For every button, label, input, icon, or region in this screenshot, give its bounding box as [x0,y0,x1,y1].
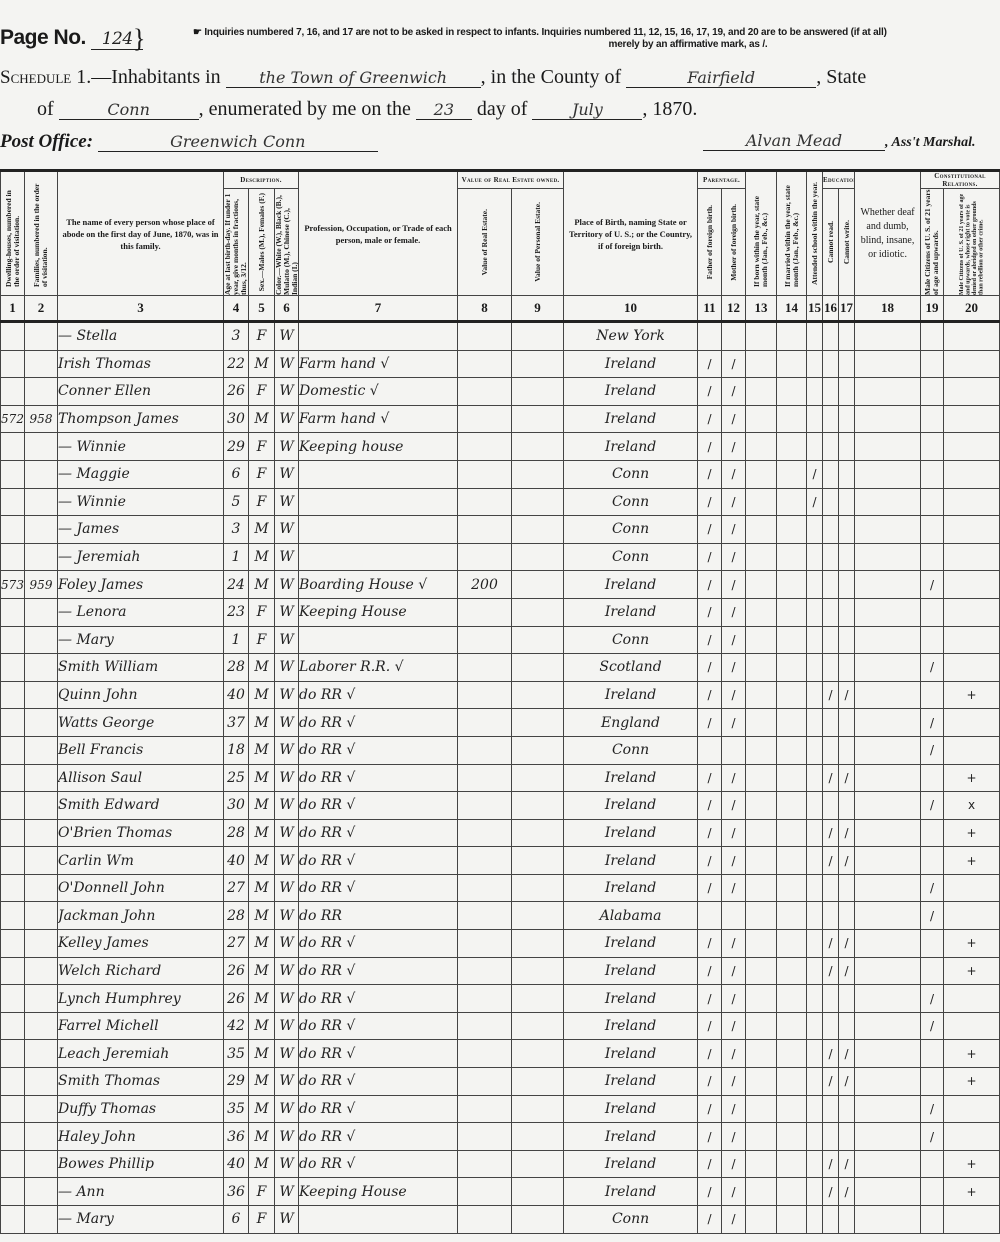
person-name-cell: Smith Edward [58,792,224,820]
cannot-read-mark-cell [823,1095,839,1123]
personal-estate-value-cell [512,571,564,599]
col-header-birthplace: Place of Birth, naming State or Territor… [564,171,698,296]
born-within-year-cell [746,1178,777,1206]
personal-estate-value-cell [512,902,564,930]
born-within-year-cell [746,571,777,599]
personal-estate-value-cell [512,433,564,461]
table-row: Smith Edward30MWdo RR √Ireland///x [1,792,1000,820]
male-citizen-mark-cell [921,543,944,571]
cannot-write-mark-cell: / [839,1040,855,1068]
table-row: O'Brien Thomas28MWdo RR √Ireland////+ [1,819,1000,847]
enumerated-text: , enumerated by me on the [199,98,411,120]
family-number-cell [25,1040,58,1068]
col-header-personal-estate: Value of Personal Estate. [512,189,564,296]
table-row: — Ann36FWKeeping HouseIreland////+ [1,1178,1000,1206]
mother-foreign-mark-cell: / [722,598,746,626]
personal-estate-value-cell [512,957,564,985]
father-foreign-mark-cell: / [698,1150,722,1178]
personal-estate-value-cell [512,1012,564,1040]
table-row: — Lenora23FWKeeping HouseIreland// [1,598,1000,626]
born-within-year-cell [746,1150,777,1178]
personal-estate-value-cell [512,819,564,847]
father-foreign-mark-cell: / [698,405,722,433]
cannot-read-mark-cell: / [823,847,839,875]
table-row: — Jeremiah1MWConn// [1,543,1000,571]
born-within-year-cell [746,460,777,488]
occupation-cell: do RR √ [299,1095,458,1123]
disability-cell [855,1150,921,1178]
family-number-cell [25,709,58,737]
cannot-read-mark-cell [823,405,839,433]
father-foreign-mark-cell: / [698,654,722,682]
father-foreign-mark-cell: / [698,1095,722,1123]
person-name-cell: Farrel Michell [58,1012,224,1040]
family-number-cell [25,1206,58,1234]
table-row: 573959Foley James24MWBoarding House √200… [1,571,1000,599]
table-row: — Mary1FWConn// [1,626,1000,654]
color-cell: W [275,874,299,902]
day-of-text: day of [477,98,528,120]
table-row: — James3MWConn// [1,516,1000,544]
color-cell: W [275,819,299,847]
male-citizen-mark-cell: / [921,874,944,902]
real-estate-value-cell [458,957,512,985]
married-within-year-cell [777,433,807,461]
dwelling-number-cell [1,1123,25,1151]
birthplace-cell: Conn [564,626,698,654]
dwelling-number-cell [1,1095,25,1123]
color-cell: W [275,488,299,516]
age-cell: 28 [224,819,249,847]
occupation-cell: do RR √ [299,874,458,902]
cannot-read-mark-cell: / [823,681,839,709]
born-within-year-cell [746,654,777,682]
table-row: Carlin Wm40MWdo RR √Ireland////+ [1,847,1000,875]
table-row: 572958Thompson James30MWFarm hand √Irela… [1,405,1000,433]
cannot-read-mark-cell [823,902,839,930]
disability-cell [855,819,921,847]
cannot-write-mark-cell [839,709,855,737]
color-cell: W [275,516,299,544]
age-cell: 3 [224,322,249,351]
dwelling-number-cell [1,874,25,902]
cannot-read-mark-cell [823,626,839,654]
table-row: Bell Francis18MWdo RR √Conn/ [1,736,1000,764]
mother-foreign-mark-cell: / [722,874,746,902]
mother-foreign-mark-cell: / [722,571,746,599]
born-within-year-cell [746,1040,777,1068]
occupation-cell: do RR √ [299,1012,458,1040]
born-within-year-cell [746,902,777,930]
cannot-write-mark-cell [839,792,855,820]
married-within-year-cell [777,571,807,599]
color-cell: W [275,1040,299,1068]
disability-cell [855,985,921,1013]
col-header-cannot-write: Cannot write. [839,189,855,296]
personal-estate-value-cell [512,1068,564,1096]
col-number: 7 [299,296,458,322]
cannot-read-mark-cell [823,433,839,461]
table-row: — Maggie6FWConn/// [1,460,1000,488]
sex-cell: M [249,847,275,875]
cannot-write-mark-cell [839,433,855,461]
personal-estate-value-cell [512,1123,564,1151]
vote-denied-mark-cell: + [944,681,1000,709]
vote-denied-mark-cell [944,902,1000,930]
person-name-cell: Welch Richard [58,957,224,985]
age-cell: 35 [224,1040,249,1068]
male-citizen-mark-cell: / [921,1012,944,1040]
vote-denied-mark-cell: + [944,847,1000,875]
family-number-cell [25,1095,58,1123]
cannot-write-mark-cell: / [839,764,855,792]
attended-school-mark-cell [807,681,823,709]
married-within-year-cell [777,516,807,544]
father-foreign-mark-cell: / [698,709,722,737]
dwelling-number-cell [1,516,25,544]
age-cell: 27 [224,930,249,958]
family-number-cell [25,1012,58,1040]
post-office-label: Post Office: [0,131,93,152]
mother-foreign-mark-cell: / [722,654,746,682]
vote-denied-mark-cell: + [944,1040,1000,1068]
person-name-cell: Smith William [58,654,224,682]
age-cell: 42 [224,1012,249,1040]
person-name-cell: Duffy Thomas [58,1095,224,1123]
person-name-cell: Carlin Wm [58,847,224,875]
cannot-write-mark-cell [839,516,855,544]
male-citizen-mark-cell [921,378,944,406]
table-row: Jackman John28MWdo RRAlabama/ [1,902,1000,930]
vote-denied-mark-cell [944,985,1000,1013]
color-cell: W [275,543,299,571]
person-name-cell: Lynch Humphrey [58,985,224,1013]
color-cell: W [275,902,299,930]
disability-cell [855,709,921,737]
birthplace-cell: Ireland [564,1068,698,1096]
attended-school-mark-cell [807,847,823,875]
born-within-year-cell [746,764,777,792]
personal-estate-value-cell [512,1150,564,1178]
born-within-year-cell [746,792,777,820]
male-citizen-mark-cell [921,516,944,544]
age-cell: 26 [224,985,249,1013]
married-within-year-cell [777,1012,807,1040]
age-cell: 30 [224,792,249,820]
sex-cell: M [249,736,275,764]
vote-denied-mark-cell [944,874,1000,902]
disability-cell [855,1095,921,1123]
attended-school-mark-cell [807,516,823,544]
disability-cell [855,847,921,875]
schedule-label: Schedule [0,67,71,88]
sex-cell: M [249,1150,275,1178]
attended-school-mark-cell [807,626,823,654]
married-within-year-cell [777,874,807,902]
page-number-label: Page No. 124 [0,26,143,50]
attended-school-mark-cell [807,902,823,930]
occupation-cell: do RR √ [299,819,458,847]
married-within-year-cell [777,1123,807,1151]
col-number: 6 [275,296,299,322]
father-foreign-mark-cell: / [698,460,722,488]
real-estate-value-cell [458,378,512,406]
sex-cell: M [249,350,275,378]
dwelling-number-cell [1,488,25,516]
attended-school-mark-cell [807,571,823,599]
disability-cell [855,930,921,958]
father-foreign-mark-cell: / [698,681,722,709]
col-number: 14 [777,296,807,322]
vote-denied-mark-cell [944,322,1000,351]
father-foreign-mark-cell [698,736,722,764]
mother-foreign-mark-cell: / [722,681,746,709]
sex-cell: M [249,1068,275,1096]
mother-foreign-mark-cell: / [722,460,746,488]
born-within-year-cell [746,1206,777,1234]
personal-estate-value-cell [512,488,564,516]
dwelling-number-cell: 573 [1,571,25,599]
occupation-cell: Keeping house [299,433,458,461]
vote-denied-mark-cell [944,654,1000,682]
family-number-cell [25,626,58,654]
birthplace-cell: Conn [564,1206,698,1234]
dwelling-number-cell [1,322,25,351]
real-estate-value-cell [458,516,512,544]
sex-cell: M [249,543,275,571]
father-foreign-mark-cell: / [698,764,722,792]
color-cell: W [275,1012,299,1040]
family-number-cell [25,378,58,406]
occupation-cell [299,516,458,544]
disability-cell [855,322,921,351]
mother-foreign-mark-cell: / [722,516,746,544]
disability-cell [855,543,921,571]
vote-denied-mark-cell [944,571,1000,599]
mother-foreign-mark-cell: / [722,405,746,433]
born-within-year-cell [746,516,777,544]
mother-foreign-mark-cell: / [722,1178,746,1206]
person-name-cell: — Mary [58,626,224,654]
col-number: 19 [921,296,944,322]
birthplace-cell: Ireland [564,681,698,709]
table-row: Allison Saul25MWdo RR √Ireland////+ [1,764,1000,792]
table-row: O'Donnell John27MWdo RR √Ireland/// [1,874,1000,902]
disability-cell [855,681,921,709]
col-header-age: Age at last birth-day. If under 1 year, … [224,189,249,296]
attended-school-mark-cell [807,543,823,571]
dwelling-number-cell [1,985,25,1013]
birthplace-cell: Ireland [564,378,698,406]
family-number-cell [25,1123,58,1151]
person-name-cell: O'Brien Thomas [58,819,224,847]
column-number-row: 1 2 3 4 5 6 7 8 9 10 11 12 13 14 15 16 1… [1,296,1000,322]
disability-cell [855,460,921,488]
table-row: Haley John36MWdo RR √Ireland/// [1,1123,1000,1151]
birthplace-cell: Conn [564,543,698,571]
dwelling-number-cell [1,1040,25,1068]
father-foreign-mark-cell: / [698,930,722,958]
person-name-cell: — James [58,516,224,544]
dwelling-number-cell: 572 [1,405,25,433]
family-number-cell [25,764,58,792]
age-cell: 29 [224,1068,249,1096]
birthplace-cell: Alabama [564,902,698,930]
born-within-year-cell [746,930,777,958]
cannot-read-mark-cell [823,1012,839,1040]
family-number-cell [25,488,58,516]
married-within-year-cell [777,626,807,654]
real-estate-value-cell [458,764,512,792]
father-foreign-mark-cell: / [698,847,722,875]
color-cell: W [275,1178,299,1206]
birthplace-cell: Ireland [564,1095,698,1123]
county-text: , in the County of [481,66,622,88]
mother-foreign-mark-cell: / [722,488,746,516]
family-number-cell [25,957,58,985]
color-cell: W [275,985,299,1013]
birthplace-cell: Conn [564,460,698,488]
state-text: , State [816,66,866,88]
post-office-line: Post Office: Greenwich Conn [0,131,378,153]
cannot-write-mark-cell [839,902,855,930]
table-row: — Stella3FWNew York [1,322,1000,351]
born-within-year-cell [746,1123,777,1151]
color-cell: W [275,957,299,985]
cannot-write-mark-cell [839,571,855,599]
cannot-write-mark-cell: / [839,957,855,985]
birthplace-cell: Ireland [564,874,698,902]
attended-school-mark-cell [807,405,823,433]
color-cell: W [275,681,299,709]
personal-estate-value-cell [512,543,564,571]
col-number: 20 [944,296,1000,322]
family-number-cell [25,736,58,764]
male-citizen-mark-cell [921,460,944,488]
cannot-write-mark-cell [839,405,855,433]
col-number: 2 [25,296,58,322]
color-cell: W [275,1068,299,1096]
group-header-constitutional: Constitutional Relations. [921,171,1000,189]
col-number: 11 [698,296,722,322]
sex-cell: F [249,626,275,654]
male-citizen-mark-cell [921,1178,944,1206]
color-cell: W [275,930,299,958]
table-row: Watts George37MWdo RR √England/// [1,709,1000,737]
birthplace-cell: Scotland [564,654,698,682]
male-citizen-mark-cell: / [921,902,944,930]
attended-school-mark-cell [807,792,823,820]
table-row: Irish Thomas22MWFarm hand √Ireland// [1,350,1000,378]
real-estate-value-cell [458,792,512,820]
dwelling-number-cell [1,433,25,461]
cannot-write-mark-cell [839,1123,855,1151]
disability-cell [855,1068,921,1096]
born-within-year-cell [746,543,777,571]
cannot-read-mark-cell [823,322,839,351]
real-estate-value-cell [458,433,512,461]
of-text: of [37,98,54,120]
col-header-dwelling: Dwelling-houses, numbered in the order o… [1,171,25,296]
cannot-read-mark-cell: / [823,819,839,847]
vote-denied-mark-cell [944,709,1000,737]
sex-cell: M [249,516,275,544]
occupation-cell: do RR √ [299,1123,458,1151]
father-foreign-mark-cell: / [698,543,722,571]
census-page: Page No. 124 } ☛ Inquiries numbered 7, 1… [0,0,1000,1242]
mother-foreign-mark-cell: / [722,985,746,1013]
family-number-cell [25,1150,58,1178]
real-estate-value-cell [458,847,512,875]
cannot-write-mark-cell: / [839,1150,855,1178]
personal-estate-value-cell [512,1206,564,1234]
father-foreign-mark-cell: / [698,792,722,820]
person-name-cell: Allison Saul [58,764,224,792]
age-cell: 27 [224,874,249,902]
mother-foreign-mark-cell: / [722,930,746,958]
sex-cell: M [249,792,275,820]
occupation-cell: Farm hand √ [299,350,458,378]
real-estate-value-cell [458,736,512,764]
table-row: Smith William28MWLaborer R.R. √Scotland/… [1,654,1000,682]
age-cell: 24 [224,571,249,599]
color-cell: W [275,322,299,351]
real-estate-value-cell [458,1178,512,1206]
married-within-year-cell [777,819,807,847]
married-within-year-cell [777,709,807,737]
col-number: 9 [512,296,564,322]
cannot-write-mark-cell [839,985,855,1013]
male-citizen-mark-cell: / [921,1123,944,1151]
disability-cell [855,598,921,626]
vote-denied-mark-cell: + [944,1068,1000,1096]
sex-cell: F [249,598,275,626]
male-citizen-mark-cell [921,1040,944,1068]
sex-cell: M [249,930,275,958]
color-cell: W [275,626,299,654]
cannot-write-mark-cell [839,350,855,378]
father-foreign-mark-cell [698,902,722,930]
attended-school-mark-cell: / [807,460,823,488]
family-number-cell [25,322,58,351]
male-citizen-mark-cell [921,819,944,847]
person-name-cell: Thompson James [58,405,224,433]
personal-estate-value-cell [512,736,564,764]
color-cell: W [275,736,299,764]
vote-denied-mark-cell: + [944,819,1000,847]
real-estate-value-cell [458,930,512,958]
real-estate-value-cell [458,350,512,378]
cannot-read-mark-cell [823,1206,839,1234]
vote-denied-mark-cell [944,1012,1000,1040]
cannot-read-mark-cell [823,571,839,599]
sex-cell: M [249,1040,275,1068]
birthplace-cell: Ireland [564,350,698,378]
born-within-year-cell [746,488,777,516]
vote-denied-mark-cell [944,1095,1000,1123]
dwelling-number-cell [1,957,25,985]
attended-school-mark-cell [807,1178,823,1206]
married-within-year-cell [777,350,807,378]
male-citizen-mark-cell [921,930,944,958]
age-cell: 6 [224,460,249,488]
year-text: , 1870. [642,98,697,120]
dwelling-number-cell [1,460,25,488]
born-within-year-cell [746,1095,777,1123]
table-row: — Mary6FWConn// [1,1206,1000,1234]
male-citizen-mark-cell: / [921,1095,944,1123]
sex-cell: M [249,1123,275,1151]
